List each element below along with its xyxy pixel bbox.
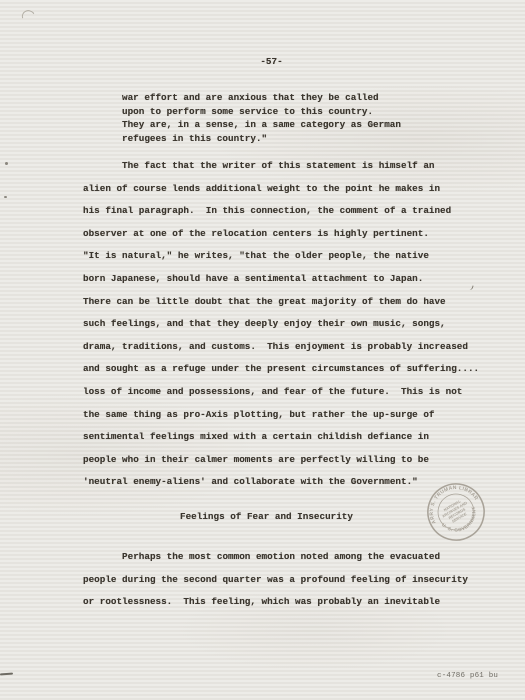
pencil-squiggle-mark [20,8,36,24]
blockquote-excerpt: war effort and are anxious that they be … [122,91,401,145]
footer-reference-code: c-4786 p61 bu [437,672,498,680]
page-number: -57- [9,56,525,67]
paragraph-fear-insecurity: Perhaps the most common emotion noted am… [83,546,468,614]
document-page: -57- war effort and are anxious that the… [0,0,525,700]
paper-speck [5,162,8,165]
margin-pencil-dash [0,673,13,676]
paragraph-commentary: The fact that the writer of this stateme… [83,155,479,494]
paper-speck [4,196,7,198]
